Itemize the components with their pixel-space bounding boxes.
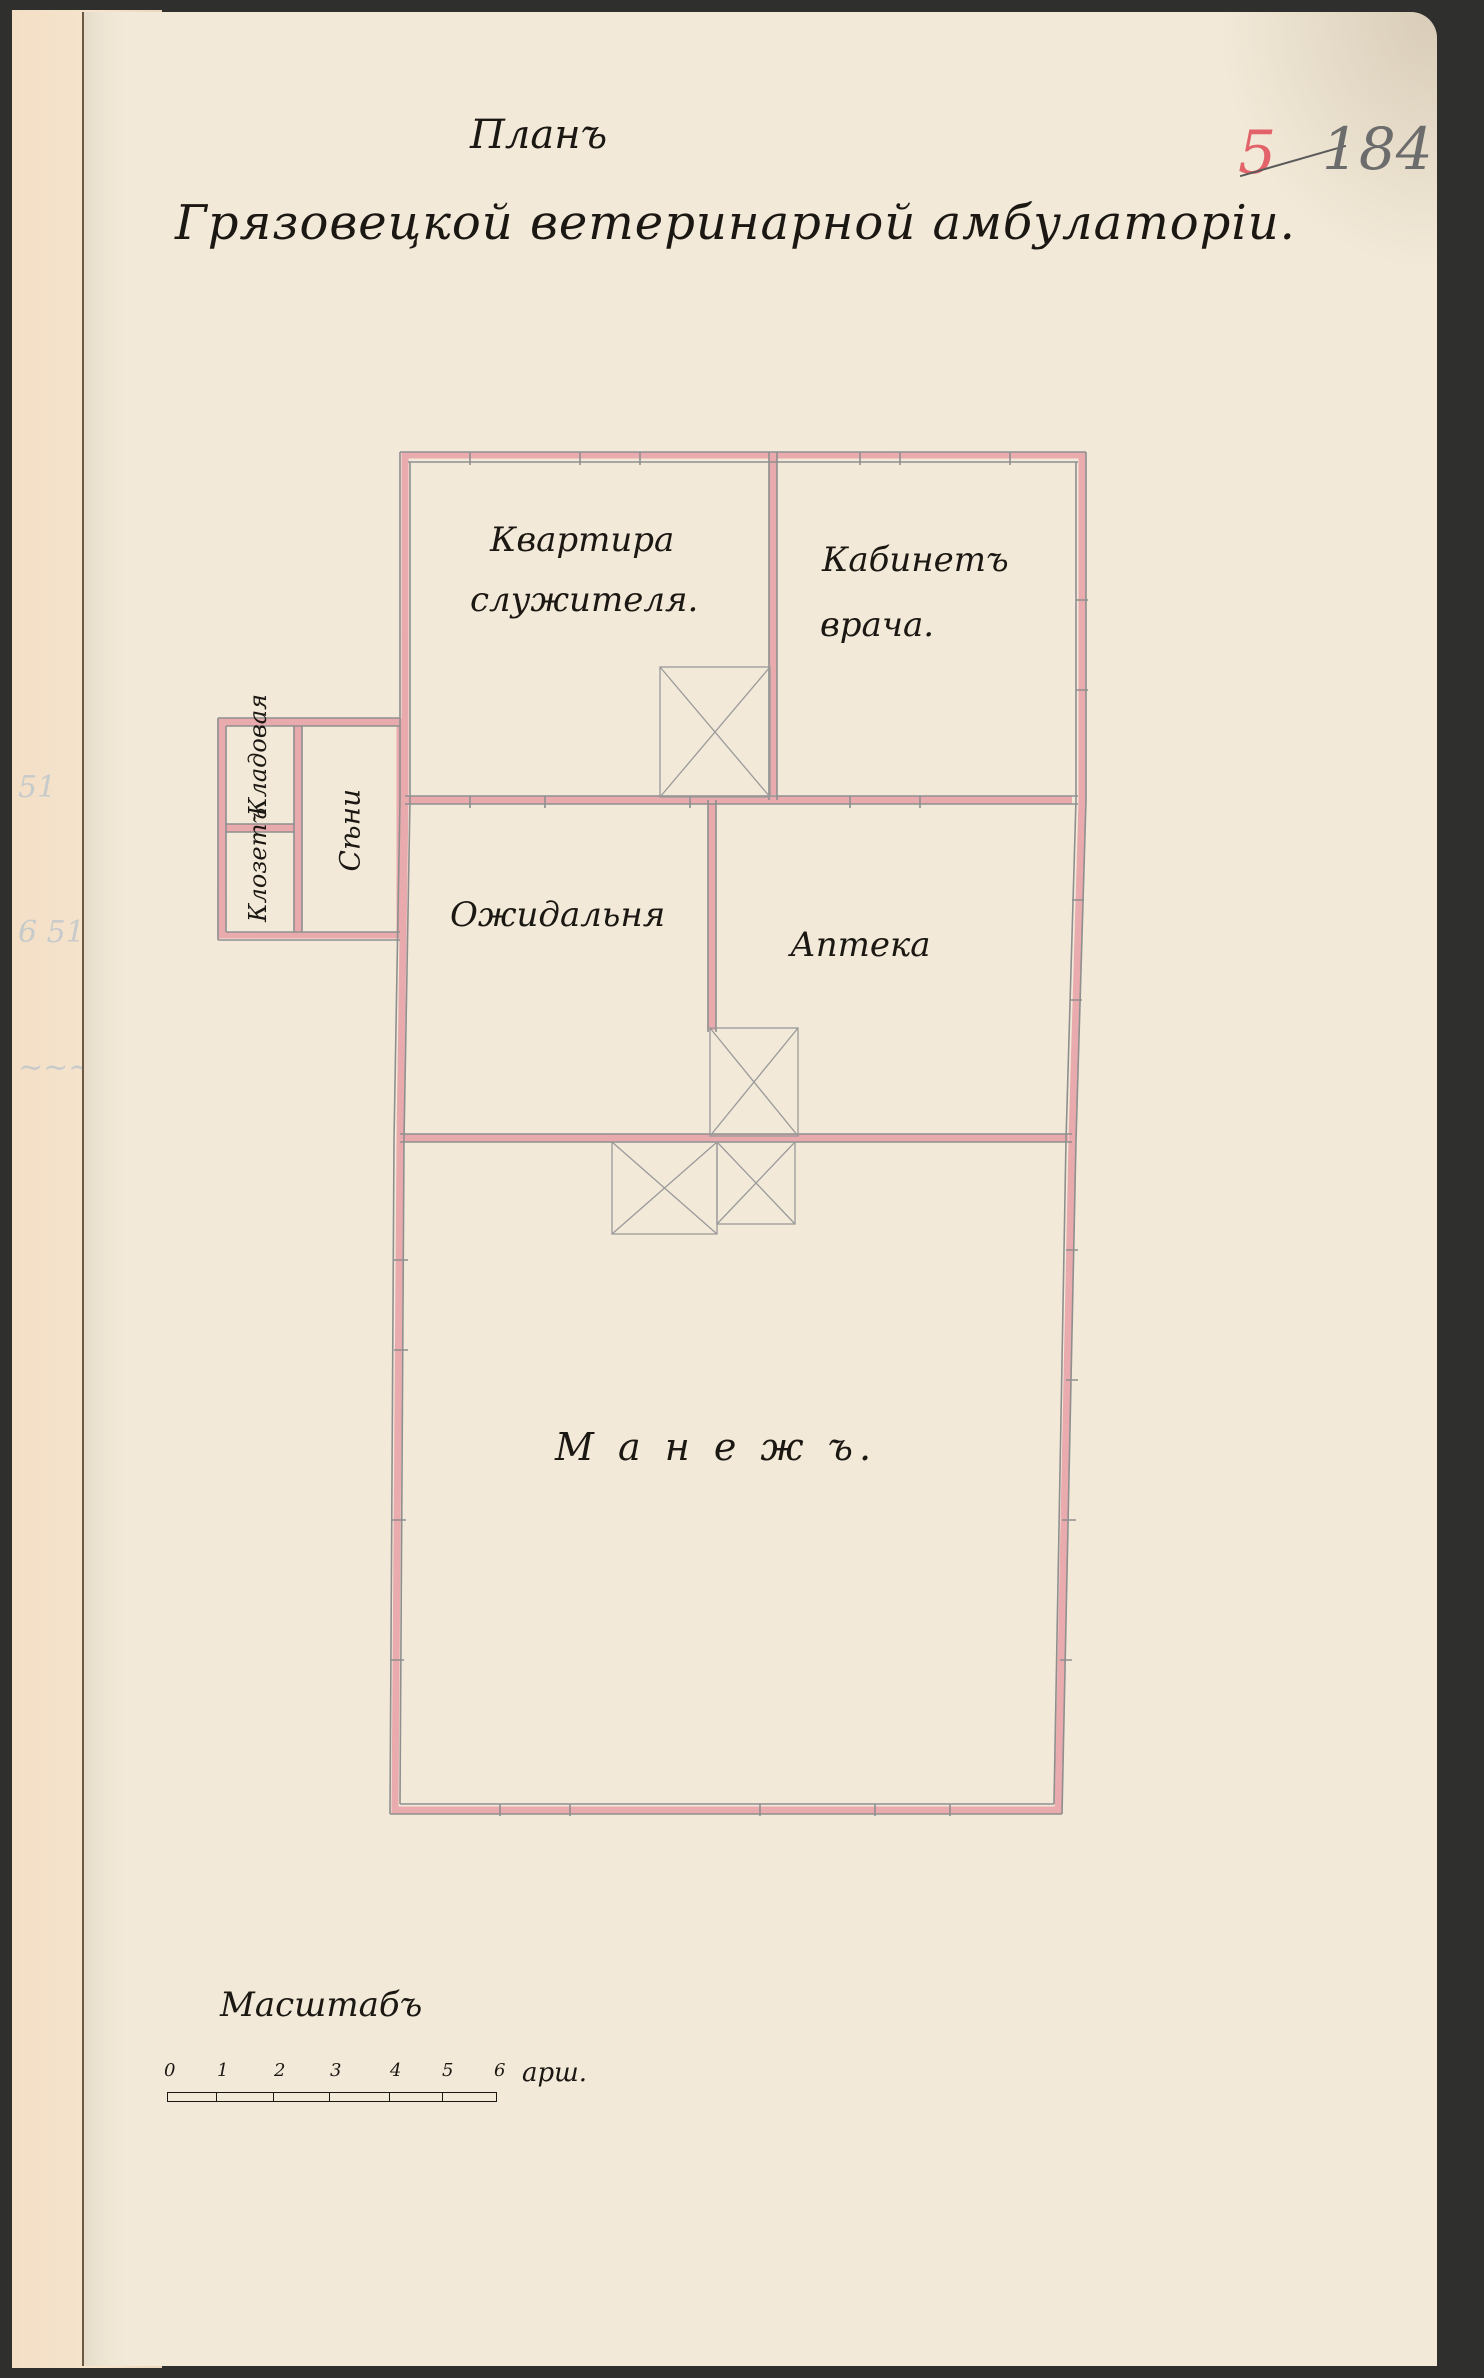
scale-tick: 5 <box>442 2060 453 2081</box>
room-label-closet: Клозетъ <box>244 842 272 922</box>
pencil-walls <box>218 452 1088 1816</box>
room-label-doctor-office-line2: врача. <box>820 605 934 645</box>
red-wall-wash <box>222 455 1082 1810</box>
room-label-servant-quarters-line2: служителя. <box>470 580 698 620</box>
scale-bar <box>167 2092 497 2102</box>
scale-tick: 4 <box>390 2060 401 2081</box>
room-label-servant-quarters: Квартира <box>490 520 674 560</box>
scale-tick: 1 <box>217 2060 228 2081</box>
room-label-manege: М а н е ж ъ. <box>555 1425 877 1469</box>
room-label-waiting-room: Ожидальня <box>450 895 665 935</box>
room-label-storeroom: Кладовая <box>244 736 272 816</box>
scale-title: Масштабъ <box>220 1985 422 2025</box>
room-label-doctor-office: Кабинетъ <box>822 540 1009 580</box>
scale-tick: 2 <box>274 2060 285 2081</box>
scale-tick: 0 <box>164 2060 175 2081</box>
stove-symbols <box>612 667 798 1234</box>
scale-tick: 3 <box>330 2060 341 2081</box>
scale-unit: арш. <box>522 2058 587 2088</box>
scale-tick-labels: 0 1 2 3 4 5 6 <box>162 2060 502 2090</box>
room-label-vestibule: Сѣни <box>334 792 367 872</box>
room-label-pharmacy: Аптека <box>790 925 931 965</box>
scale-tick: 6 <box>494 2060 505 2081</box>
